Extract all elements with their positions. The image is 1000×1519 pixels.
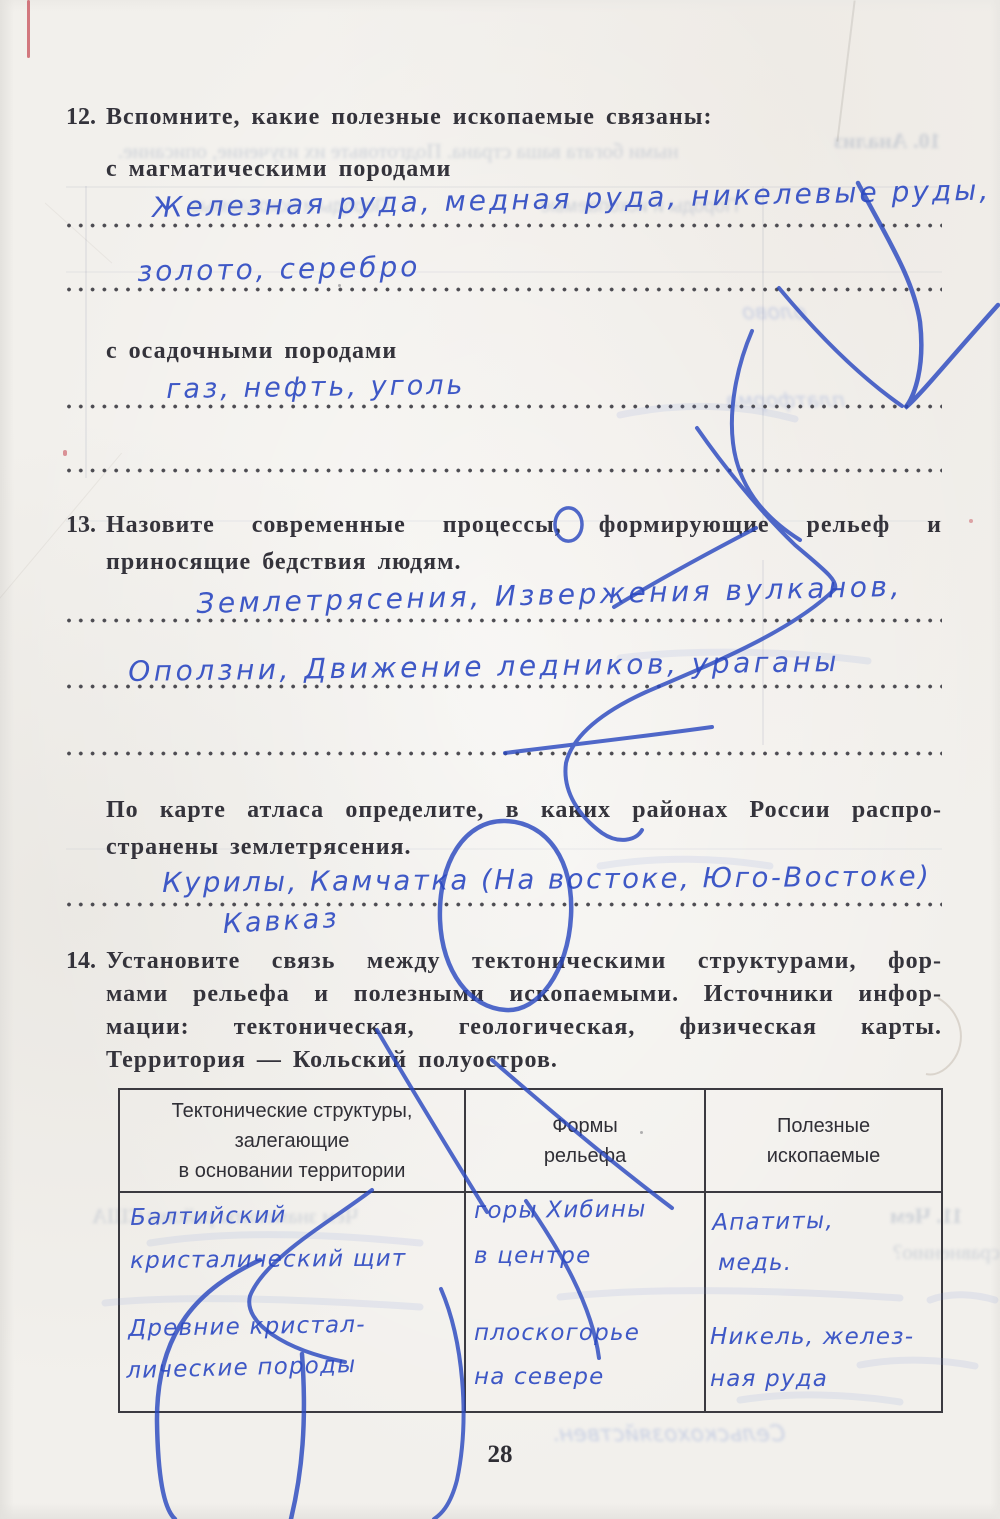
handwritten-map-answer-2: Кавказ bbox=[222, 903, 340, 940]
page-number: 28 bbox=[440, 1441, 560, 1469]
question-12-number: 12. bbox=[66, 104, 96, 131]
bleedthrough-text: олово bbox=[742, 300, 806, 324]
answer-dotted-line bbox=[66, 467, 942, 474]
handwritten-relief-line: плоскогорье bbox=[474, 1320, 640, 1346]
scan-red-edge-mark bbox=[27, 0, 30, 58]
handwritten-structures-line: Балтийский bbox=[130, 1202, 287, 1231]
handwritten-answer-sedimentary: газ, нефть, уголь bbox=[166, 370, 466, 405]
question-13-map-task-line1: По карте атласа определите, в каких райо… bbox=[106, 797, 942, 824]
question-13-map-task-line2: странены землетрясения. bbox=[106, 834, 412, 861]
handwritten-relief-line: горы Хибины bbox=[474, 1196, 647, 1224]
question-13-title-line2: приносящие бедствия людям. bbox=[106, 549, 462, 576]
question-13-number: 13. bbox=[66, 512, 96, 539]
bleedthrough-text: Сельскохозяйствен. bbox=[552, 1422, 785, 1447]
red-speck bbox=[63, 450, 67, 456]
paper-crease bbox=[0, 453, 122, 618]
red-speck bbox=[969, 519, 973, 523]
handwritten-structures-line: Древние кристал- bbox=[128, 1312, 366, 1342]
handwritten-minerals-line: Никель, желез- bbox=[710, 1324, 914, 1350]
pen-stroke bbox=[565, 428, 835, 840]
question-14-title-line3: мации: тектоническая, геологическая, физ… bbox=[106, 1014, 942, 1041]
table-header-relief: Формы рельефа bbox=[464, 1090, 704, 1191]
question-14-title-line4: Территория — Кольский полуостров. bbox=[106, 1047, 558, 1074]
question-14-title-line1: Установите связь между тектоническими ст… bbox=[106, 948, 942, 975]
bleedthrough-text: 10. Анализ bbox=[834, 128, 941, 154]
handwritten-minerals-line: Апатиты, bbox=[712, 1208, 834, 1236]
answer-dotted-line bbox=[66, 286, 942, 293]
table-header-structures: Тектонические структуры, залегающие в ос… bbox=[120, 1090, 464, 1191]
handwritten-minerals-line: ная руда bbox=[710, 1366, 828, 1392]
handwritten-answer-processes-2: Оползни, Движение ледников, ураганы bbox=[128, 645, 840, 688]
paper-crease bbox=[45, 202, 113, 263]
workbook-scanned-page: 10. Анализ ными богата ваша страна. Подг… bbox=[0, 0, 1000, 1519]
handwritten-map-answer-1: Курилы, Камчатка (На востоке, Юго-Восток… bbox=[162, 860, 931, 899]
answer-dotted-line bbox=[66, 750, 942, 757]
handwritten-minerals-line: медь. bbox=[718, 1250, 792, 1276]
handwritten-structures-line: кристалический щит bbox=[130, 1246, 407, 1274]
pen-stroke bbox=[858, 183, 998, 408]
pen-stroke bbox=[732, 331, 800, 540]
question-12-sub-magmatic: с магматическими породами bbox=[106, 156, 451, 183]
question-12-title: Вспомните, какие полезные ископаемые свя… bbox=[106, 104, 712, 131]
answer-dotted-line bbox=[66, 901, 942, 908]
question-13-title-line1: Назовите современные процессы, формирующ… bbox=[106, 512, 942, 539]
handwritten-relief-line: на севере bbox=[474, 1364, 605, 1390]
question-14-number: 14. bbox=[66, 948, 96, 975]
question-14-title-line2: мами рельефа и полезными ископаемыми. Ис… bbox=[106, 981, 942, 1008]
bleedthrough-grid-line bbox=[85, 186, 87, 478]
table-header-minerals: Полезные ископаемые bbox=[704, 1090, 941, 1191]
question-12-sub-sedimentary: с осадочными породами bbox=[106, 338, 397, 365]
handwritten-answer-processes-1: Землетрясения, Извержения вулканов, bbox=[196, 570, 903, 620]
handwritten-relief-line: в центре bbox=[474, 1243, 591, 1269]
paper-crease bbox=[836, 0, 855, 141]
handwritten-answer-magmatic-2: золото, серебро bbox=[137, 250, 421, 288]
